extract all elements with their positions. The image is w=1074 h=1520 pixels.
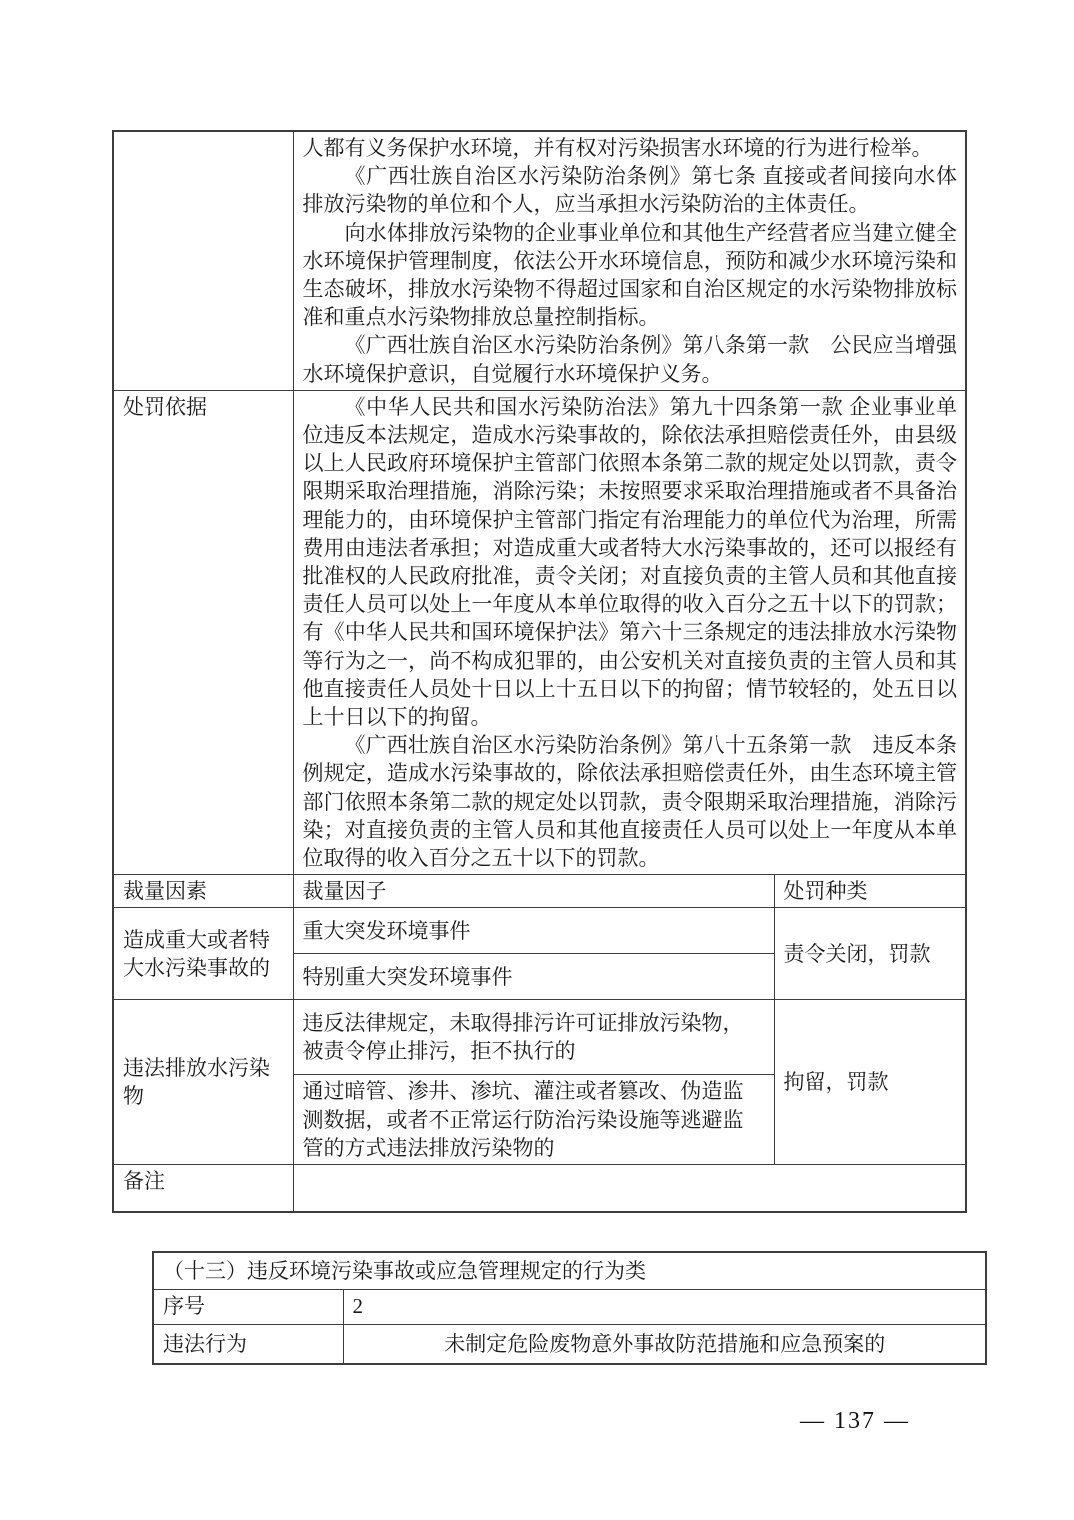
penalty-type-header-cell: 处罚种类 [774,875,966,908]
empty-label-cell [113,131,293,390]
penalty-2-cell: 拘留，罚款 [774,1000,966,1165]
discretion-header-row: 裁量因素 裁量因子 处罚种类 [113,875,966,908]
factor-2-cell: 违法排放水污染物 [113,1000,293,1165]
water-pollution-penalty-table: 人都有义务保护水环境，并有权对污染损害水环境的行为进行检举。 《广西壮族自治区水… [112,130,967,1213]
paragraph: 《广西壮族自治区水污染防治条例》第八十五条第一款 违反本条例规定，造成水污染事故… [303,731,958,872]
penalty-1-cell: 责令关闭，罚款 [774,908,966,1000]
violation-row: 违法行为 未制定危险废物意外事故防范措施和应急预案的 [153,1324,986,1364]
continuation-row: 人都有义务保护水环境，并有权对污染损害水环境的行为进行检举。 《广西壮族自治区水… [113,131,966,390]
serial-label-cell: 序号 [153,1289,343,1324]
factor-header-cell: 裁量因素 [113,875,293,908]
law-excerpt-cell: 人都有义务保护水环境，并有权对污染损害水环境的行为进行检举。 《广西壮族自治区水… [293,131,966,390]
paragraph: 《广西壮族自治区水污染防治条例》第八条第一款 公民应当增强水环境保护意识，自觉履… [303,331,958,387]
discretion-row: 违法排放水污染物 违反法律规定，未取得排污许可证排放污染物， 被责令停止排污，拒… [113,1000,966,1075]
violation-value-cell: 未制定危险废物意外事故防范措施和应急预案的 [343,1324,986,1364]
category-title-cell: （十三）违反环境污染事故或应急管理规定的行为类 [153,1252,986,1289]
subfactor-2a-cell: 违反法律规定，未取得排污许可证排放污染物， 被责令停止排污，拒不执行的 [293,1000,774,1075]
serial-value-cell: 2 [343,1289,986,1324]
paragraph: 《中华人民共和国水污染防治法》第九十四条第一款 企业事业单位违反本法规定，造成水… [303,393,958,731]
subfactor-1b-cell: 特别重大突发环境事件 [293,954,774,1000]
subfactor-2b-cell: 通过暗管、渗井、渗坑、灌注或者篡改、伪造监 测数据，或者不正常运行防治污染设施等… [293,1075,774,1165]
discretion-row: 造成重大或者特大水污染事故的 重大突发环境事件 责令关闭，罚款 [113,908,966,954]
category-title-row: （十三）违反环境污染事故或应急管理规定的行为类 [153,1252,986,1289]
subfactor-1a-cell: 重大突发环境事件 [293,908,774,954]
basis-text-cell: 《中华人民共和国水污染防治法》第九十四条第一款 企业事业单位违反本法规定，造成水… [293,390,966,874]
paragraph: 向水体排放污染物的企业事业单位和其他生产经营者应当建立健全水环境保护管理制度，依… [303,219,958,332]
remark-label-cell: 备注 [113,1165,293,1212]
paragraph: 人都有义务保护水环境，并有权对污染损害水环境的行为进行检举。 [303,134,958,162]
punishment-basis-row: 处罚依据 《中华人民共和国水污染防治法》第九十四条第一款 企业事业单位违反本法规… [113,390,966,874]
factor-1-cell: 造成重大或者特大水污染事故的 [113,908,293,1000]
page-number: — 137 — [780,1408,930,1435]
remark-value-cell [293,1165,966,1212]
violation-label-cell: 违法行为 [153,1324,343,1364]
serial-row: 序号 2 [153,1289,986,1324]
remark-row: 备注 [113,1165,966,1212]
basis-label-cell: 处罚依据 [113,390,293,874]
document-page: 人都有义务保护水环境，并有权对污染损害水环境的行为进行检举。 《广西壮族自治区水… [0,0,1074,1520]
category-13-table: （十三）违反环境污染事故或应急管理规定的行为类 序号 2 违法行为 未制定危险废… [152,1251,987,1365]
subfactor-header-cell: 裁量因子 [293,875,774,908]
paragraph: 《广西壮族自治区水污染防治条例》第七条 直接或者间接向水体排放污染物的单位和个人… [303,162,958,218]
